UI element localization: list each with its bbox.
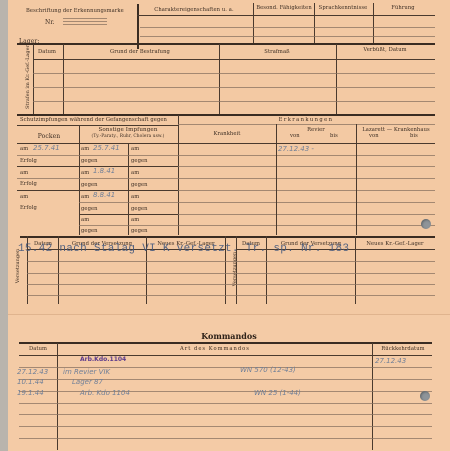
v-178: [178, 115, 179, 235]
col-kdo-return: Rückkehrdatum: [381, 346, 424, 352]
v-63: [63, 44, 64, 114]
h-202: [79, 202, 435, 203]
col-sonstige: Sonstige Impfungen: [98, 127, 157, 133]
v-79: [79, 125, 80, 235]
v-33: [33, 44, 34, 114]
vacc-right-label: am: [131, 146, 139, 152]
vacc-left-label: am: [20, 194, 28, 200]
lazarett-von: von: [369, 133, 379, 139]
v-57: [57, 343, 58, 450]
col-sonstige-sub: (Ty.-Paraty., Ruhr, Cholera usw.): [92, 134, 165, 139]
tag-label: Beschriftung der Erkennungsmarke: [26, 8, 124, 14]
revier-von: von: [290, 133, 300, 139]
col-krankheit: Krankheit: [214, 131, 241, 137]
vacc-left-label: Erfolg: [20, 181, 37, 187]
h-87: [33, 87, 435, 88]
h-295: [27, 295, 435, 296]
vacc-right-label: am: [131, 217, 139, 223]
v-356: [356, 124, 357, 235]
vacc-mid-value: 25.7.41: [93, 144, 120, 152]
kdo-date: 10.1.44: [17, 378, 44, 386]
h-214: [79, 214, 178, 215]
col-kdo-art: Art des Kommandos: [180, 346, 250, 352]
punch-hole-lower: [420, 391, 430, 401]
kdo-date: 19.1.44: [17, 389, 44, 397]
illness-title: Erkrankungen: [279, 117, 334, 123]
h-125: [17, 125, 178, 126]
h-225: [79, 225, 435, 226]
punch-hole-upper: [421, 219, 431, 229]
vacc-mid-label: am: [81, 146, 89, 152]
kdo-purple-stamp: Arb.Kdo.1104: [80, 356, 126, 363]
kdo-return: 27.12.43: [375, 357, 406, 365]
kdo-art: im Revier VIK: [63, 368, 110, 376]
v-276: [276, 124, 277, 235]
lazarett-bis: bis: [410, 133, 418, 139]
vacc-left-label: am: [20, 146, 28, 152]
vacc-top: [17, 114, 435, 116]
v-253: [253, 3, 254, 43]
vacc-mid-label: gegen: [81, 228, 98, 234]
punish-side-label: Strafen im Kr.-Gef.-Lager: [25, 49, 31, 109]
vacc-mid-value: 1.8.41: [93, 167, 115, 175]
h-414: [19, 414, 432, 415]
vacc-mid-label: gegen: [81, 182, 98, 188]
v-372: [372, 343, 373, 450]
h-403: [19, 403, 432, 404]
h-73: [33, 73, 435, 74]
col-character: Charaktereigenschaften u. a.: [154, 7, 233, 13]
col-punish-served: Verbüßt, Datum: [363, 47, 406, 53]
vacc-right-label: gegen: [131, 158, 148, 164]
col-abilities: Besond. Fähigkeiten: [256, 5, 312, 11]
v-314: [314, 3, 315, 43]
col-languages: Sprachkenntnisse: [319, 5, 368, 11]
vacc-right-label: gegen: [131, 228, 148, 234]
col-punish-reason: Grund der Bestrafung: [110, 49, 170, 55]
vacc-right-label: am: [131, 194, 139, 200]
h-273: [27, 273, 435, 274]
vacc-left-label: Erfolg: [20, 158, 37, 164]
nr-line-3: [63, 24, 107, 25]
h-36: [140, 36, 435, 37]
h-155: [17, 155, 435, 156]
h-438: [19, 438, 432, 439]
h-124: [178, 124, 435, 125]
h-284: [27, 284, 435, 285]
header-col-line: [137, 15, 435, 16]
vacc-left-label: Erfolg: [20, 205, 37, 211]
kdo-art: Lager 87: [72, 378, 103, 386]
vacc-mid-value: 8.8.41: [93, 191, 115, 199]
revier-entry: 27.12.43 -: [278, 145, 314, 153]
nr-line-2: [63, 21, 107, 22]
v-336: [336, 44, 337, 114]
kdo-date: 27.12.43: [17, 368, 48, 376]
col-transfer-camp-right: Neues Kr.-Gef.-Lager: [366, 241, 423, 247]
col-pocken: Pocken: [38, 133, 60, 140]
transfer-top: [20, 236, 435, 238]
transfer-stamp: 15.42 nach Stalag VI K versetzt. Tr. sp.…: [18, 243, 349, 255]
vacc-mid-label: am: [81, 217, 89, 223]
v-373: [373, 3, 374, 43]
h-214b: [178, 214, 435, 215]
col-punish-date: Datum: [38, 49, 56, 55]
kommandos-title: Kommandos: [201, 331, 256, 341]
v-355: [355, 236, 356, 304]
vacc-right-label: am: [131, 170, 139, 176]
kdo-art: Arb. Kdo 1104: [80, 389, 130, 397]
vacc-title: Schutzimpfungen während der Gefangenscha…: [20, 117, 167, 123]
nr-label: Nr.: [45, 19, 55, 26]
vacc-mid-label: am: [81, 170, 89, 176]
h-166b: [178, 166, 435, 167]
v-128: [128, 143, 129, 235]
vacc-mid-label: gegen: [81, 158, 98, 164]
vacc-mid-label: am: [81, 194, 89, 200]
h-27: [140, 27, 435, 28]
v-219: [219, 44, 220, 114]
h-143: [17, 143, 435, 144]
vacc-right-label: gegen: [131, 182, 148, 188]
h-101: [33, 101, 435, 102]
kdo-code: WN 25 (1-44): [254, 389, 301, 397]
kommandos-top: [19, 342, 432, 344]
revier-bis: bis: [330, 133, 338, 139]
col-punish-measure: Strafmaß: [264, 49, 289, 55]
col-revier: Revier: [307, 127, 325, 133]
vacc-left-value: 25.7.41: [33, 144, 60, 152]
h-426: [19, 426, 432, 427]
nr-line: [63, 18, 107, 19]
h-190b: [178, 190, 435, 191]
col-conduct: Führung: [391, 5, 414, 11]
h-178: [17, 178, 435, 179]
h-59: [33, 59, 435, 60]
punish-top: [17, 43, 435, 45]
col-kdo-date: Datum: [29, 346, 47, 352]
kdo-code: WN 570 (12-43): [240, 366, 296, 374]
vacc-mid-label: gegen: [81, 206, 98, 212]
vacc-right-label: gegen: [131, 206, 148, 212]
vacc-left-label: am: [20, 170, 28, 176]
h-261: [27, 261, 435, 262]
